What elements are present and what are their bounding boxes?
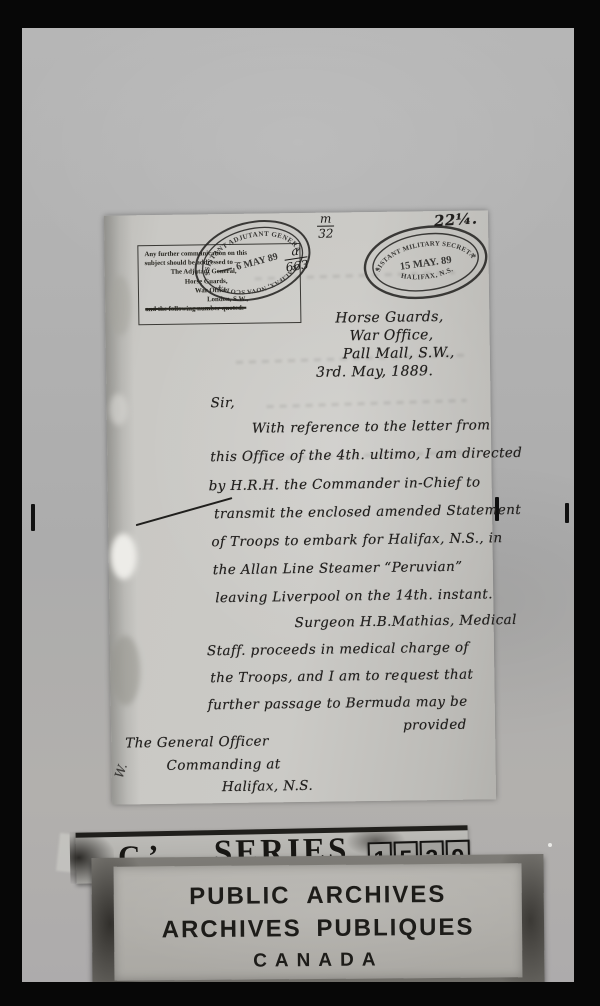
- film-edge-left: [0, 0, 22, 1006]
- heading-line: War Office,: [350, 327, 434, 344]
- ref-numerator: m: [317, 212, 335, 226]
- body-line: this Office of the 4th. ultimo, I am dir…: [210, 445, 522, 465]
- archives-panel-inner: PUBLIC ARCHIVES ARCHIVES PUBLIQUES CANAD…: [114, 863, 523, 981]
- archives-line-en: PUBLIC ARCHIVES: [114, 880, 522, 912]
- reference-number-a663: a 663: [283, 243, 310, 273]
- ref-denominator: 663: [285, 257, 310, 273]
- edge-damage-light: [109, 393, 127, 425]
- reference-number-m32: m 32: [317, 212, 335, 239]
- microfilm-frame: Any further communication on this subjec…: [0, 0, 600, 1006]
- closing-line: The General Officer: [125, 733, 269, 751]
- ref-denominator: 32: [317, 226, 335, 239]
- body-line: the Allan Line Steamer “Peruvian”: [213, 559, 463, 578]
- film-tick-right: [565, 503, 569, 523]
- stamp-star-right: *: [472, 252, 477, 261]
- letter-page: Any further communication on this subjec…: [104, 210, 496, 804]
- archives-panel: PUBLIC ARCHIVES ARCHIVES PUBLIQUES CANAD…: [91, 854, 544, 990]
- film-edge-bottom: [0, 982, 600, 1006]
- film-edge-top: [0, 0, 600, 28]
- body-line: of Troops to embark for Halifax, N.S., i…: [211, 530, 502, 550]
- heading-line: Horse Guards,: [335, 309, 444, 327]
- stamp-date: 6 MAY 89: [235, 251, 279, 273]
- film-tick-left: [31, 504, 35, 531]
- body-line: the Troops, and I am to request that: [210, 667, 473, 687]
- archives-line-fr: ARCHIVES PUBLIQUES: [114, 913, 522, 945]
- folio-number: 22¼.: [433, 209, 477, 230]
- closing-line: Halifax, N.S.: [222, 778, 313, 795]
- closing-line: Commanding at: [166, 756, 280, 774]
- body-line: Surgeon H.B.Mathias, Medical: [295, 612, 517, 631]
- film-edge-right: [574, 0, 600, 1006]
- archives-line-canada: CANADA: [114, 948, 522, 974]
- assistant-military-secretary-stamp: ASSISTANT MILITARY SECRETARY HALIFAX, N.…: [356, 215, 495, 310]
- body-line: by H.R.H. the Commander in-Chief to: [209, 474, 481, 494]
- date-line: 3rd. May, 1889.: [316, 363, 433, 381]
- salutation: Sir,: [210, 395, 235, 411]
- film-speck: [548, 843, 552, 847]
- body-line: further passage to Bermuda may be: [208, 694, 468, 714]
- body-line: Staff. proceeds in medical charge of: [207, 640, 469, 660]
- body-line: transmit the enclosed amended Statement: [214, 502, 521, 522]
- body-line: provided: [403, 717, 467, 734]
- bleedthrough-marks: [267, 399, 467, 408]
- body-line: leaving Liverpool on the 14th. instant.: [215, 586, 493, 606]
- edge-damage-white: [110, 533, 137, 579]
- body-line: With reference to the letter from: [252, 417, 491, 436]
- heading-line: Pall Mall, S.W.,: [343, 345, 455, 363]
